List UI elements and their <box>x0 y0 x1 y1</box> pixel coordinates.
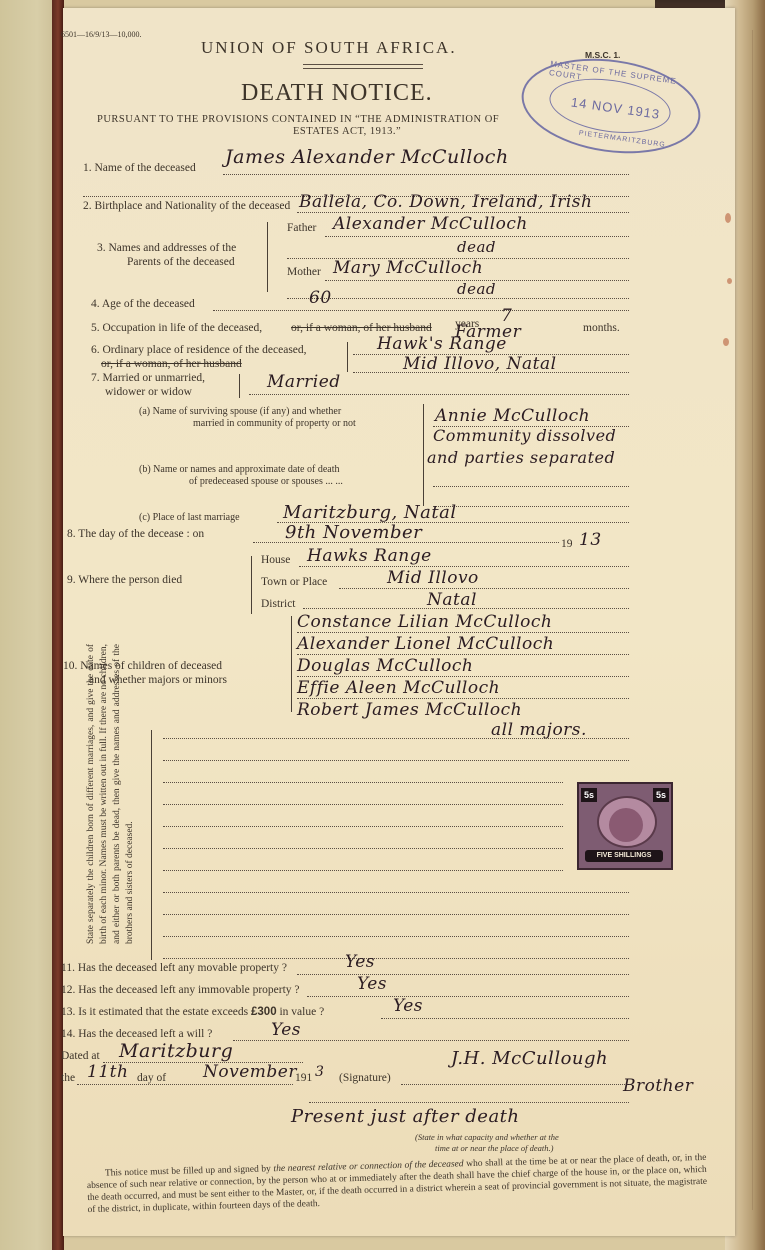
q9-house-dotted-line <box>299 566 629 567</box>
q7c-value: Maritzburg, Natal <box>283 502 457 523</box>
q10-dotted-line <box>297 632 629 633</box>
presence-value: Present just after death <box>291 1106 520 1127</box>
q9-town-label: Town or Place <box>261 576 327 588</box>
q2-label: 2. Birthplace and Nationality of the dec… <box>83 200 290 212</box>
q9-brace <box>251 556 252 614</box>
q8-value: 9th November <box>285 522 422 543</box>
capacity-value: Brother <box>623 1076 693 1096</box>
extra-line <box>163 804 563 805</box>
year-value: 3 <box>315 1064 324 1080</box>
q7b-label-line1: (b) Name or names and approximate date o… <box>139 464 339 475</box>
extra-line <box>163 760 629 761</box>
q7c-label: (c) Place of last marriage <box>139 512 240 523</box>
revenue-stamp: 5s 5s FIVE SHILLINGS <box>555 774 673 870</box>
q3-brace <box>267 222 268 292</box>
q10-child-5: Robert James McCulloch <box>297 700 522 720</box>
q14-label: 14. Has the deceased left a will ? <box>61 1028 212 1040</box>
instructions-brace <box>151 730 152 960</box>
q1-label: 1. Name of the deceased <box>83 162 196 174</box>
q2-value: Ballela, Co. Down, Ireland, Irish <box>299 192 592 212</box>
q3-mother-status: dead <box>457 280 496 298</box>
instructions-vertical-text: State separately the children born of di… <box>85 644 137 944</box>
q7b-dotted-line-2 <box>433 506 629 507</box>
q3-father-status: dead <box>457 238 496 256</box>
q3-label-line2: Parents of the deceased <box>127 256 235 268</box>
signature-dotted-line <box>401 1084 629 1085</box>
q7-dotted-line <box>249 394 629 395</box>
q10-child-4: Effie Aleen McCulloch <box>297 678 500 698</box>
q3-label-line1: 3. Names and addresses of the <box>97 242 236 254</box>
q8-label: 8. The day of the decease : on <box>67 528 204 540</box>
q10-child-1: Constance Lilian McCulloch <box>297 612 552 632</box>
q14-dotted-line <box>233 1040 629 1041</box>
q1-dotted-line <box>223 174 629 175</box>
capacity-note-line2: time at or near the place of death.) <box>435 1143 554 1153</box>
q5-struck-text: or, if a woman, of her husband <box>291 322 432 334</box>
extra-line <box>163 892 629 893</box>
q13-label: 13. Is it estimated that the estate exce… <box>61 1006 324 1018</box>
q7a-label-line1: (a) Name of surviving spouse (if any) an… <box>139 406 341 417</box>
master-supreme-court-stamp: MASTER OF THE SUPREME COURT 14 NOV 1913 … <box>515 48 706 164</box>
q12-value: Yes <box>357 974 387 994</box>
q10-dotted-line <box>297 676 629 677</box>
q10-note: all majors. <box>491 720 587 740</box>
stamp-denomination-left: 5s <box>581 788 597 802</box>
q7b-label-line2: of predeceased spouse or spouses ... ... <box>189 476 343 487</box>
stamp-denomination-right: 5s <box>653 788 669 802</box>
q6-value-line1: Hawk's Range <box>377 334 507 354</box>
q6-struck-text: or, if a woman, of her husband <box>101 358 242 370</box>
extra-line <box>163 870 563 871</box>
subtitle-line1: PURSUANT TO THE PROVISIONS CONTAINED IN … <box>97 114 499 125</box>
q5-label: 5. Occupation in life of the deceased, <box>91 322 262 334</box>
q9-district-dotted-line <box>303 608 629 609</box>
q3-mother-label: Mother <box>287 266 321 278</box>
q9-label: 9. Where the person died <box>67 574 182 586</box>
dated-at-value: Maritzburg <box>119 1040 233 1062</box>
q6-dotted-line-2 <box>353 372 629 373</box>
extra-line <box>163 936 629 937</box>
page-title: DEATH NOTICE. <box>241 80 433 107</box>
q10-brace <box>291 616 292 712</box>
q4-dotted-line <box>213 310 629 311</box>
capacity-note-line1: (State in what capacity and whether at t… <box>415 1132 559 1142</box>
q4-label: 4. Age of the deceased <box>91 298 195 310</box>
q4-months-label: months. <box>583 322 620 334</box>
q3-father-value: Alexander McCulloch <box>333 214 528 234</box>
rust-spot <box>725 213 731 223</box>
q7-value: Married <box>267 372 341 392</box>
date-dotted-line <box>77 1084 293 1085</box>
q9-house-value: Hawks Range <box>307 546 432 566</box>
dated-at-label: Dated at <box>61 1050 100 1062</box>
q12-label: 12. Has the deceased left any immovable … <box>61 984 300 996</box>
king-portrait-icon <box>597 796 657 848</box>
country-heading: UNION OF SOUTH AFRICA. <box>201 38 457 58</box>
q9-town-dotted-line <box>339 588 629 589</box>
q11-value: Yes <box>345 952 375 972</box>
extra-line <box>163 826 563 827</box>
q9-district-label: District <box>261 598 296 610</box>
q10-dotted-line <box>297 698 629 699</box>
q1-value: James Alexander McCulloch <box>225 146 509 168</box>
q9-district-value: Natal <box>427 590 477 610</box>
extra-line <box>163 848 563 849</box>
q7-sub-brace <box>423 404 424 506</box>
signature-label: (Signature) <box>339 1072 391 1084</box>
q7a-value-line2: Community dissolved <box>433 426 616 445</box>
q9-house-label: House <box>261 554 290 566</box>
the-label: the <box>61 1072 75 1084</box>
month-value: November <box>203 1062 297 1082</box>
q7a-label-line2: married in community of property or not <box>193 418 356 429</box>
q13-dotted-line <box>381 1018 629 1019</box>
q3-father-dotted-line <box>325 236 629 237</box>
q3-mother-dotted-line-2 <box>287 298 629 299</box>
day-value: 11th <box>87 1062 128 1082</box>
q12-dotted-line <box>307 996 629 997</box>
q6-label: 6. Ordinary place of residence of the de… <box>91 344 307 356</box>
footer-instructions: This notice must be filled up and signed… <box>86 1152 707 1216</box>
q6-value-line2: Mid Illovo, Natal <box>403 354 557 374</box>
rust-spot <box>723 338 729 346</box>
q10-child-2: Alexander Lionel McCulloch <box>297 634 554 654</box>
q13-amount: £300 <box>251 1006 277 1018</box>
day-of-label: day of <box>137 1072 166 1084</box>
signature-value: J.H. McCullough <box>451 1048 608 1069</box>
q7a-value-line3: and parties separated <box>427 448 615 467</box>
q3-father-label: Father <box>287 222 316 234</box>
extra-line <box>163 958 629 959</box>
form-code: 6501—16/9/13—10,000. <box>61 30 141 39</box>
q8-year-prefix: 19 <box>561 538 573 550</box>
subtitle-line2: ESTATES ACT, 1913.” <box>293 126 401 137</box>
year-prefix: 191 <box>295 1072 312 1084</box>
q4-years-value: 60 <box>309 288 332 308</box>
extra-line <box>163 738 629 739</box>
q6-brace <box>347 342 348 372</box>
capacity-dotted-line <box>309 1102 629 1103</box>
q13-label-pre: 13. Is it estimated that the estate exce… <box>61 1006 248 1018</box>
header-rule <box>303 64 423 69</box>
q7b-dotted-line <box>433 486 629 487</box>
stamp-value-label: FIVE SHILLINGS <box>585 850 663 862</box>
children-instructions: State separately the children born of di… <box>71 658 149 958</box>
q7-label-line1: 7. Married or unmarried, <box>91 372 205 384</box>
q7-label-line2: widower or widow <box>105 386 192 398</box>
q3-mother-value: Mary McCulloch <box>333 258 483 278</box>
death-notice-page: 6501—16/9/13—10,000. UNION OF SOUTH AFRI… <box>63 8 735 1236</box>
q2-dotted-line <box>297 212 629 213</box>
extra-line <box>163 782 563 783</box>
q7-brace <box>239 374 240 398</box>
q7a-value-line1: Annie McCulloch <box>435 406 590 426</box>
q8-dotted-line <box>253 542 559 543</box>
q10-dotted-line <box>297 654 629 655</box>
q11-label: 11. Has the deceased left any movable pr… <box>61 962 287 974</box>
q14-value: Yes <box>271 1020 301 1040</box>
q13-value: Yes <box>393 996 423 1016</box>
q13-label-post: in value ? <box>279 1006 324 1018</box>
q8-year-value: 13 <box>579 530 602 550</box>
q11-dotted-line <box>297 974 629 975</box>
extra-line <box>163 914 629 915</box>
q10-child-3: Douglas McCulloch <box>297 656 473 676</box>
rust-spot <box>727 278 732 284</box>
q9-town-value: Mid Illovo <box>387 568 479 588</box>
